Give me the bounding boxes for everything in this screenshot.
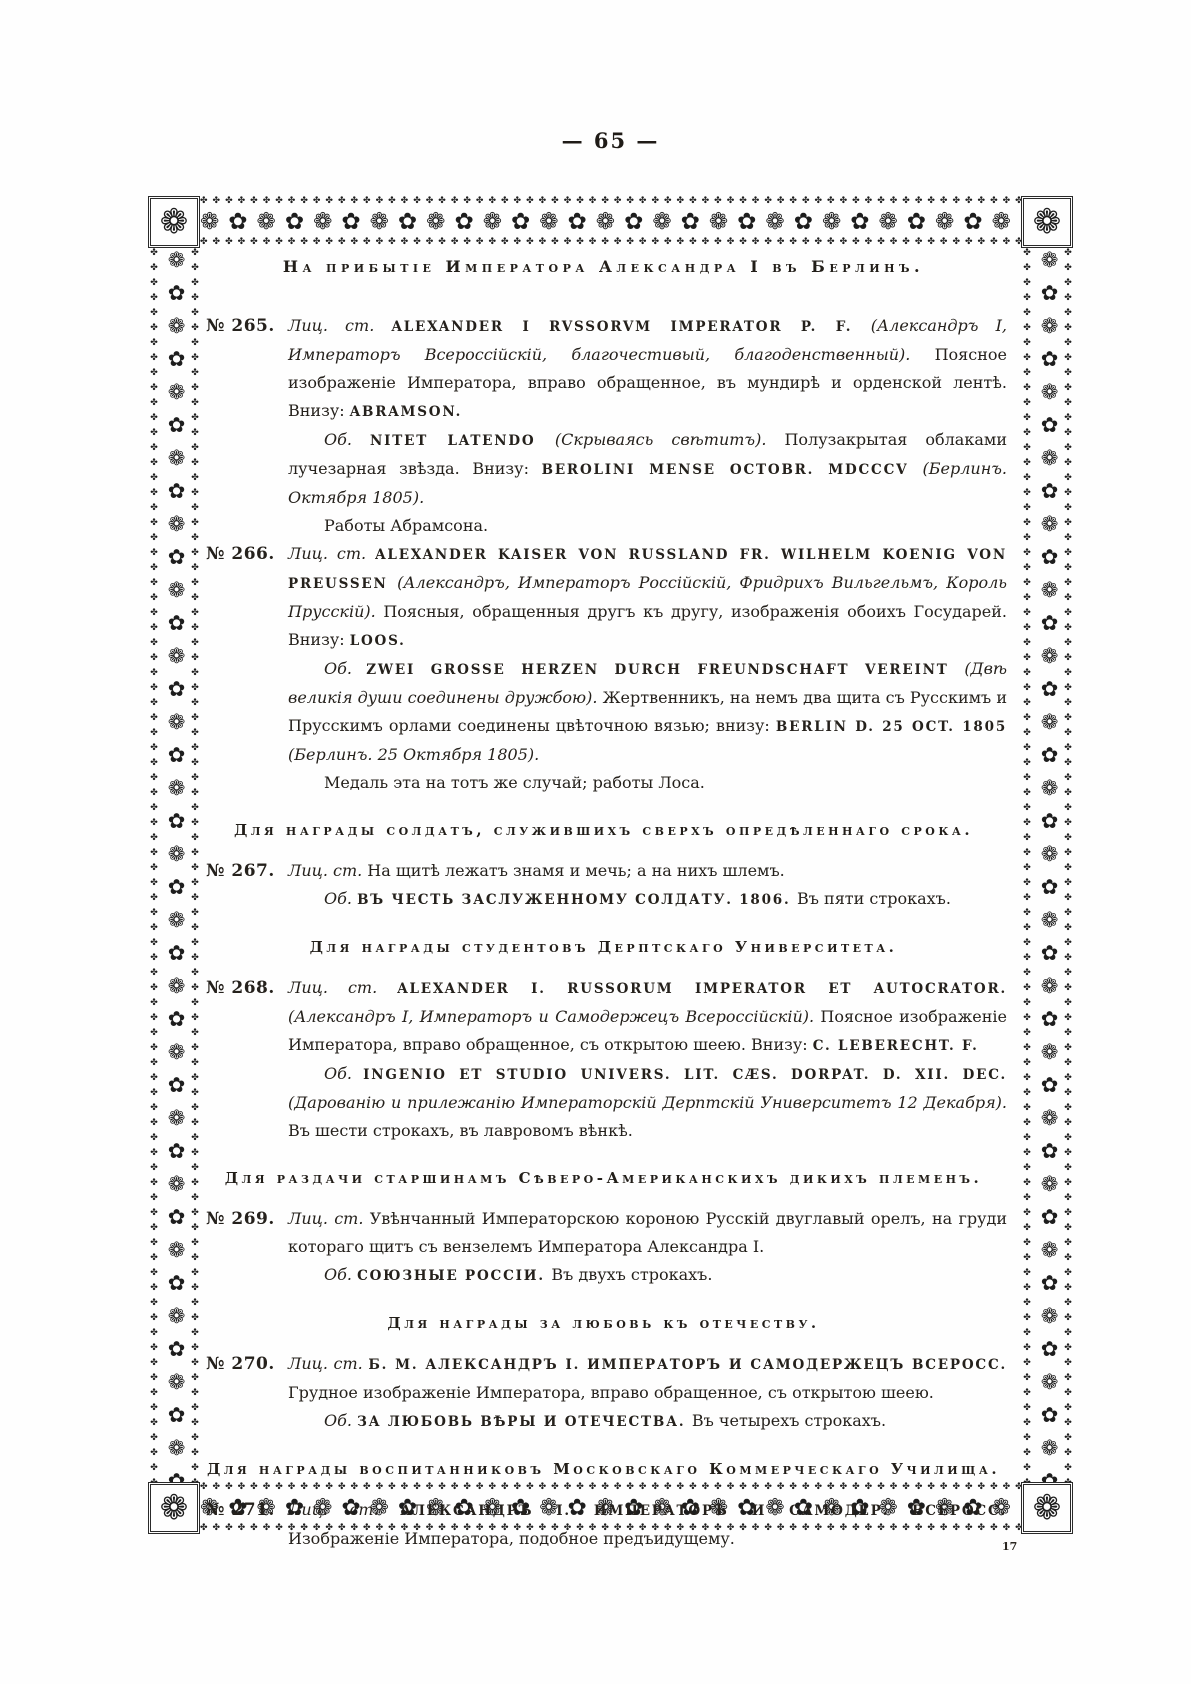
text-segment: Изображеніе Императора, подобное предъид… bbox=[288, 1529, 735, 1548]
entry-paragraphs: Лиц. ст. ALEXANDER I RVSSORVM IMPERATOR … bbox=[288, 312, 1007, 540]
medal-entry: № 265. Лиц. ст. ALEXANDER I RVSSORVM IMP… bbox=[200, 312, 1007, 540]
text-segment: ЗА ЛЮБОВЬ ВѢРЫ И ОТЕЧЕСТВА. bbox=[357, 1414, 692, 1430]
text-segment: Въ четырехъ строкахъ. bbox=[692, 1411, 886, 1430]
section-heading: Для награды за любовь къ отечеству. bbox=[200, 1312, 1007, 1334]
entry-paragraphs: Лиц. ст. ALEXANDER KAISER VON RUSSLAND F… bbox=[288, 540, 1007, 797]
entry-paragraphs: Лиц. ст. АЛЕКСАНДРЪ I. ИМПЕРАТОРЪ И САМО… bbox=[288, 1496, 1007, 1553]
section-heading: Для раздачи старшинамъ Сѣверо-Американск… bbox=[200, 1167, 1007, 1189]
entry-paragraphs: Лиц. ст. На щитѣ лежатъ знамя и мечь; а … bbox=[288, 857, 1007, 914]
text-segment: ZWEI GROSSE HERZEN DURCH FREUNDSCHAFT VE… bbox=[366, 662, 964, 678]
border-edge-ornament: ✤✤✤✤✤✤✤✤✤✤✤✤✤✤✤✤✤✤✤✤✤✤✤✤✤✤✤✤✤✤✤✤✤✤✤✤✤✤✤✤… bbox=[200, 237, 1021, 248]
text-segment: Об. bbox=[324, 659, 366, 678]
frame-border-left: ✤✤✤✤✤✤✤✤✤✤✤✤✤✤✤✤✤✤✤✤✤✤✤✤✤✤✤✤✤✤✤✤✤✤✤✤✤✤✤✤… bbox=[148, 248, 200, 1482]
text-segment: АЛЕКСАНДРЪ I. ИМПЕРАТОРЪ И САМОДЕР. ВСЕР… bbox=[400, 1503, 1007, 1519]
entry-paragraph: Лиц. ст. ALEXANDER I. RUSSORUM IMPERATOR… bbox=[288, 974, 1007, 1060]
medal-entry: № 266. Лиц. ст. ALEXANDER KAISER VON RUS… bbox=[200, 540, 1007, 797]
text-segment: Лиц. ст. bbox=[288, 1354, 368, 1373]
section-heading: Для награды солдатъ, служившихъ сверхъ о… bbox=[200, 819, 1007, 841]
entry-paragraph: Медаль эта на тотъ же случай; работы Лос… bbox=[288, 769, 1007, 797]
text-segment: Об. bbox=[324, 1411, 357, 1430]
entry-paragraph: Лиц. ст. ALEXANDER I RVSSORVM IMPERATOR … bbox=[288, 312, 1007, 426]
entry-paragraph: Об. СОЮЗНЫЕ РОССІИ. Въ двухъ строкахъ. bbox=[288, 1261, 1007, 1290]
text-segment: Об. bbox=[324, 1265, 357, 1284]
text-segment: (Дарованію и прилежанію Императорскій Де… bbox=[288, 1093, 1007, 1112]
medal-entry: № 268. Лиц. ст. ALEXANDER I. RUSSORUM IM… bbox=[200, 974, 1007, 1145]
text-segment: Лиц. ст. bbox=[288, 861, 367, 880]
entry-paragraph: Лиц. ст. ALEXANDER KAISER VON RUSSLAND F… bbox=[288, 540, 1007, 655]
entry-paragraph: Об. ВЪ ЧЕСТЬ ЗАСЛУЖЕННОМУ СОЛДАТУ. 1806.… bbox=[288, 885, 1007, 914]
text-segment: Об. bbox=[324, 1064, 363, 1083]
entry-paragraph: Лиц. ст. Б. М. АЛЕКСАНДРЪ I. ИМПЕРАТОРЪ … bbox=[288, 1350, 1007, 1407]
frame-border-top: ✤✤✤✤✤✤✤✤✤✤✤✤✤✤✤✤✤✤✤✤✤✤✤✤✤✤✤✤✤✤✤✤✤✤✤✤✤✤✤✤… bbox=[200, 196, 1021, 248]
text-segment: Работы Абрамсона. bbox=[324, 516, 488, 535]
border-edge-ornament: ✤✤✤✤✤✤✤✤✤✤✤✤✤✤✤✤✤✤✤✤✤✤✤✤✤✤✤✤✤✤✤✤✤✤✤✤✤✤✤✤… bbox=[148, 248, 159, 1482]
entry-paragraph: Об. ZWEI GROSSE HERZEN DURCH FREUNDSCHAF… bbox=[288, 655, 1007, 769]
text-segment: BERLIN D. 25 OCT. 1805 bbox=[776, 719, 1007, 735]
text-segment: LOOS. bbox=[350, 633, 406, 649]
border-main-ornament: ❁✿❁✿❁✿❁✿❁✿❁✿❁✿❁✿❁✿❁✿❁✿❁✿❁✿❁✿❁✿❁✿❁✿❁✿❁✿❁✿… bbox=[1033, 248, 1062, 1482]
entry-number: № 267. bbox=[206, 857, 275, 885]
border-edge-ornament: ✤✤✤✤✤✤✤✤✤✤✤✤✤✤✤✤✤✤✤✤✤✤✤✤✤✤✤✤✤✤✤✤✤✤✤✤✤✤✤✤… bbox=[200, 196, 1021, 207]
text-segment: Лиц. ст. bbox=[288, 544, 375, 563]
page-body: На прибытіе Императора Александра I въ Б… bbox=[200, 248, 1021, 1553]
medal-entry: № 271. Лиц. ст. АЛЕКСАНДРЪ I. ИМПЕРАТОРЪ… bbox=[200, 1496, 1007, 1553]
entry-paragraph: Об. NITET LATENDO (Скрываясь свѣтитъ). П… bbox=[288, 426, 1007, 512]
text-segment: Лиц. ст. bbox=[288, 978, 397, 997]
frame-border-right: ✤✤✤✤✤✤✤✤✤✤✤✤✤✤✤✤✤✤✤✤✤✤✤✤✤✤✤✤✤✤✤✤✤✤✤✤✤✤✤✤… bbox=[1021, 248, 1073, 1482]
text-segment: (Скрываясь свѣтитъ). bbox=[555, 430, 767, 449]
text-segment: Б. М. АЛЕКСАНДРЪ I. ИМПЕРАТОРЪ И САМОДЕР… bbox=[368, 1357, 1007, 1373]
text-segment: Въ шести строкахъ, въ лавровомъ вѣнкѣ. bbox=[288, 1121, 633, 1140]
text-segment: Лиц. ст. bbox=[288, 316, 391, 335]
text-segment: Лиц. ст. bbox=[288, 1500, 400, 1519]
entry-number: № 270. bbox=[206, 1350, 275, 1378]
border-main-ornament: ❁✿❁✿❁✿❁✿❁✿❁✿❁✿❁✿❁✿❁✿❁✿❁✿❁✿❁✿❁✿❁✿❁✿❁✿❁✿❁✿… bbox=[160, 248, 189, 1482]
text-segment: На щитѣ лежатъ знамя и мечь; а на нихъ ш… bbox=[367, 861, 784, 880]
signature-mark: 17 bbox=[1002, 1540, 1017, 1553]
text-segment: C. LEBERECHT. F. bbox=[813, 1038, 979, 1054]
entry-paragraph: Об. ЗА ЛЮБОВЬ ВѢРЫ И ОТЕЧЕСТВА. Въ четыр… bbox=[288, 1407, 1007, 1436]
text-segment: (Берлинъ. 25 Октября 1805). bbox=[288, 745, 539, 764]
entry-number: № 265. bbox=[206, 312, 275, 340]
entry-number: № 266. bbox=[206, 540, 275, 568]
text-segment: Въ двухъ строкахъ. bbox=[551, 1265, 712, 1284]
medal-entry: № 269. Лиц. ст. Увѣнчанный Императорскою… bbox=[200, 1205, 1007, 1290]
entry-number: № 269. bbox=[206, 1205, 275, 1233]
text-segment: СОЮЗНЫЕ РОССІИ. bbox=[357, 1268, 551, 1284]
entry-number: № 271. bbox=[206, 1496, 275, 1524]
border-main-ornament: ❁✿❁✿❁✿❁✿❁✿❁✿❁✿❁✿❁✿❁✿❁✿❁✿❁✿❁✿❁✿❁✿❁✿❁✿❁✿❁✿… bbox=[200, 208, 1021, 237]
text-segment: ВЪ ЧЕСТЬ ЗАСЛУЖЕННОМУ СОЛДАТУ. 1806. bbox=[357, 892, 797, 908]
section-heading: Для награды воспитанниковъ Московскаго К… bbox=[200, 1458, 1007, 1480]
entry-paragraph: Лиц. ст. Увѣнчанный Императорскою короно… bbox=[288, 1205, 1007, 1261]
text-segment: Въ пяти строкахъ. bbox=[797, 889, 951, 908]
border-corner-rosette-icon: ❁ bbox=[1021, 1482, 1073, 1534]
entry-number: № 268. bbox=[206, 974, 275, 1002]
text-segment: (Александръ I, Императоръ и Самодержецъ … bbox=[288, 1007, 814, 1026]
border-edge-ornament: ✤✤✤✤✤✤✤✤✤✤✤✤✤✤✤✤✤✤✤✤✤✤✤✤✤✤✤✤✤✤✤✤✤✤✤✤✤✤✤✤… bbox=[1062, 248, 1073, 1482]
text-segment: ALEXANDER I RVSSORVM IMPERATOR P. F. bbox=[391, 319, 870, 335]
text-segment: Лиц. ст. bbox=[288, 1209, 370, 1228]
text-segment: INGENIO ET STUDIO UNIVERS. LIT. CÆS. DOR… bbox=[363, 1067, 1007, 1083]
text-segment: BEROLINI MENSE OCTOBR. MDCCCV bbox=[542, 462, 923, 478]
border-edge-ornament: ✤✤✤✤✤✤✤✤✤✤✤✤✤✤✤✤✤✤✤✤✤✤✤✤✤✤✤✤✤✤✤✤✤✤✤✤✤✤✤✤… bbox=[1021, 248, 1032, 1482]
text-segment: Об. bbox=[324, 889, 357, 908]
medal-entry: № 270. Лиц. ст. Б. М. АЛЕКСАНДРЪ I. ИМПЕ… bbox=[200, 1350, 1007, 1436]
section-heading: На прибытіе Императора Александра I въ Б… bbox=[200, 256, 1007, 278]
entry-paragraph: Лиц. ст. На щитѣ лежатъ знамя и мечь; а … bbox=[288, 857, 1007, 885]
section-heading: Для награды студентовъ Дерптскаго Универ… bbox=[200, 936, 1007, 958]
text-segment: Увѣнчанный Императорскою короною Русскій… bbox=[288, 1209, 1007, 1256]
entry-paragraphs: Лиц. ст. Б. М. АЛЕКСАНДРЪ I. ИМПЕРАТОРЪ … bbox=[288, 1350, 1007, 1436]
border-corner-rosette-icon: ❁ bbox=[148, 1482, 200, 1534]
border-edge-ornament: ✤✤✤✤✤✤✤✤✤✤✤✤✤✤✤✤✤✤✤✤✤✤✤✤✤✤✤✤✤✤✤✤✤✤✤✤✤✤✤✤… bbox=[189, 248, 200, 1482]
entry-paragraph: Работы Абрамсона. bbox=[288, 512, 1007, 540]
text-segment: NITET LATENDO bbox=[370, 433, 555, 449]
entry-paragraphs: Лиц. ст. ALEXANDER I. RUSSORUM IMPERATOR… bbox=[288, 974, 1007, 1145]
text-segment: Грудное изображеніе Императора, вправо о… bbox=[288, 1383, 934, 1402]
border-corner-rosette-icon: ❁ bbox=[148, 196, 200, 248]
entry-paragraph: Об. INGENIO ET STUDIO UNIVERS. LIT. CÆS.… bbox=[288, 1060, 1007, 1145]
text-segment: ALEXANDER I. RUSSORUM IMPERATOR ET AUTOC… bbox=[397, 981, 1007, 997]
text-segment: Об. bbox=[324, 430, 370, 449]
entry-paragraphs: Лиц. ст. Увѣнчанный Императорскою короно… bbox=[288, 1205, 1007, 1290]
medal-entry: № 267. Лиц. ст. На щитѣ лежатъ знамя и м… bbox=[200, 857, 1007, 914]
border-corner-rosette-icon: ❁ bbox=[1021, 196, 1073, 248]
text-segment: ABRAMSON. bbox=[350, 404, 462, 420]
entry-paragraph: Лиц. ст. АЛЕКСАНДРЪ I. ИМПЕРАТОРЪ И САМО… bbox=[288, 1496, 1007, 1553]
page-number: — 65 — bbox=[148, 128, 1073, 153]
text-segment: Медаль эта на тотъ же случай; работы Лос… bbox=[324, 773, 705, 792]
